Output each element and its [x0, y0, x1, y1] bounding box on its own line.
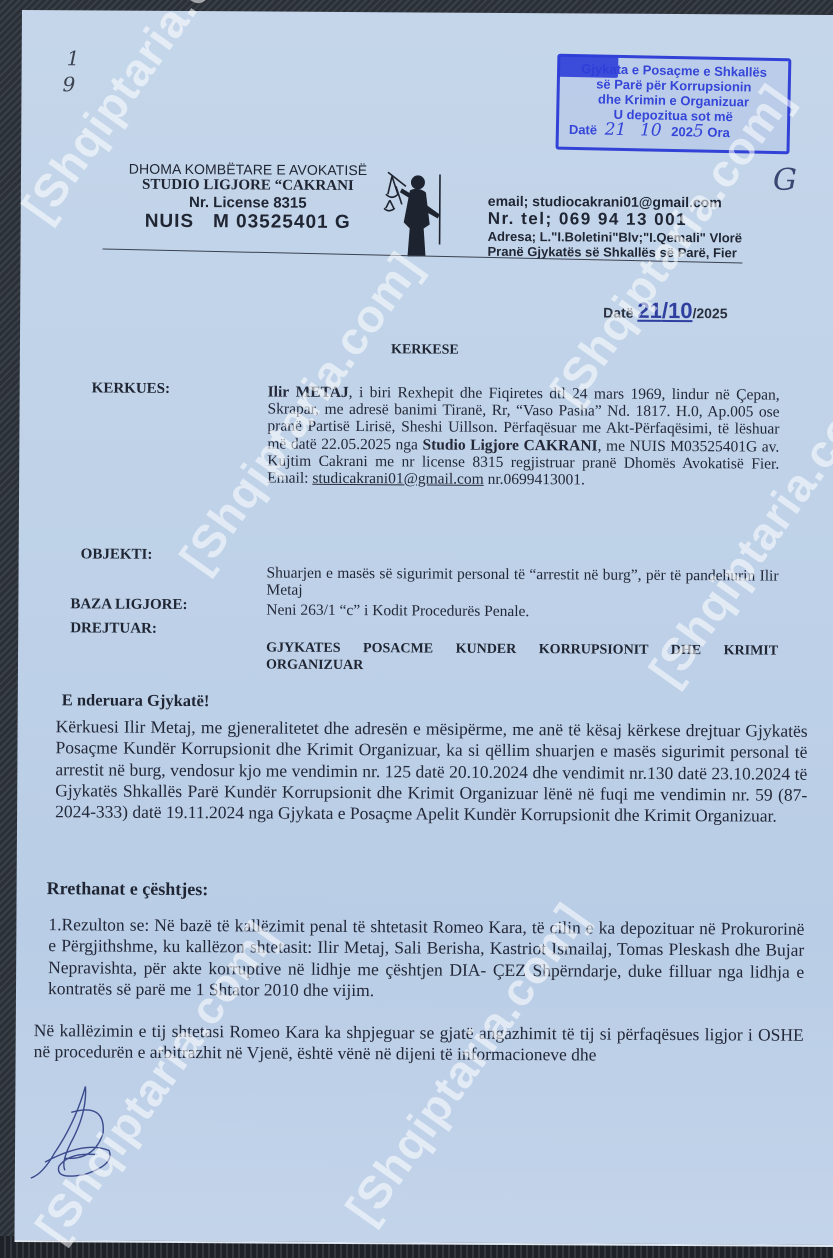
- paragraph-request: Kërkuesi Ilir Metaj, me gjeneralitetet d…: [55, 716, 808, 827]
- stamp-date-year-suffix: 5: [693, 121, 704, 141]
- ink-blot: [558, 55, 618, 78]
- email-link[interactable]: studicakrani01@gmail.com: [312, 470, 483, 488]
- stamp-date-label: Datë: [569, 122, 597, 138]
- document-title: KERKESE: [20, 340, 830, 361]
- date-month: 10: [668, 298, 693, 323]
- studio-smallcaps: CAKRANI: [523, 437, 597, 454]
- page-mark: 1: [67, 45, 80, 71]
- baza-ligjore-label: BAZA LIGJORE:: [70, 596, 187, 614]
- letterhead-left: DHOMA KOMBËTARE E AVOKATISË STUDIO LIGJO…: [93, 160, 403, 234]
- nuis-number: NUIS M 03525401 G: [93, 210, 403, 234]
- studio-name: STUDIO LIGJORE “CAKRANI: [93, 176, 403, 195]
- chamber-name: DHOMA KOMBËTARE E AVOKATISË: [93, 160, 403, 178]
- studio-bold: Studio Ligjore: [422, 436, 519, 454]
- kerkues-label: KERKUES:: [92, 380, 170, 397]
- stamp-date-year: 202: [671, 124, 693, 139]
- document-page: 1 9 Gjykata e Posaçme e Shkallës së Parë…: [14, 10, 833, 1247]
- section-heading: Rrethanat e çështjes:: [47, 878, 209, 900]
- date-year: /2025: [692, 305, 727, 321]
- paragraph-circumstances: 1.Rezulton se: Në bazë të kallëzimit pen…: [48, 914, 805, 1004]
- page-mark: 9: [62, 71, 79, 97]
- kerkues-text: Ilir METAJ, i biri Rexhepit dhe Fiqirete…: [267, 384, 780, 490]
- drejtuar-label: DREJTUAR:: [70, 620, 157, 638]
- stamp-date-month: 10: [640, 120, 662, 140]
- page-number-marks: 1 9: [66, 45, 79, 97]
- stamp-initials: G: [773, 163, 797, 198]
- objekti-label: OBJEKTI:: [81, 546, 153, 563]
- stamp-date-day: 21: [605, 120, 627, 140]
- salutation: E nderuara Gjykatë!: [62, 690, 210, 711]
- license-number: Nr. License 8315: [93, 193, 403, 212]
- kerkues-phone: nr.0699413001.: [484, 471, 585, 489]
